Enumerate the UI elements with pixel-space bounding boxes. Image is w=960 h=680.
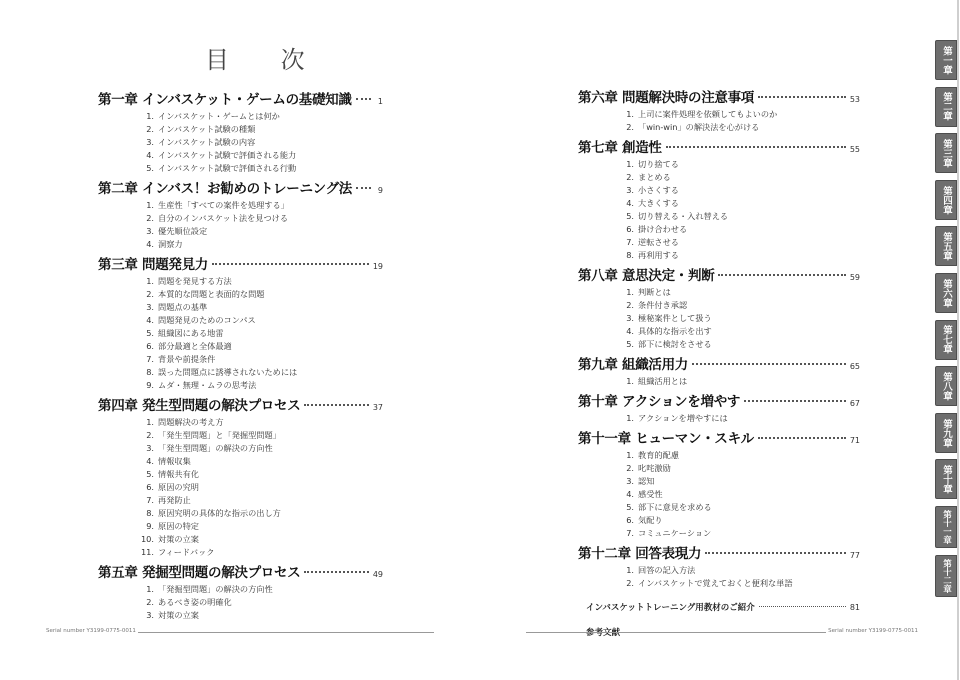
chapter-heading[interactable]: 第十一章 ヒューマン・スキル 71 bbox=[578, 429, 860, 449]
section-item[interactable]: 1.生産性「すべての案件を処理する」 bbox=[138, 199, 383, 212]
section-item[interactable]: 1.上司に案件処理を依頼してもよいのか bbox=[618, 108, 860, 121]
chapter-title: 第八章 意思決定・判断 bbox=[578, 266, 714, 286]
section-list: 1.「発掘型問題」の解決の方向性 2.あるべき姿の明確化 3.対策の立案 bbox=[98, 583, 383, 622]
section-item[interactable]: 2.自分のインバスケット法を見つける bbox=[138, 212, 383, 225]
chapter-4: 第四章 発生型問題の解決プロセス 37 1.問題解決の考え方 2.「発生型問題」… bbox=[98, 396, 383, 559]
section-list: 1.組織活用とは bbox=[578, 375, 860, 388]
page-number: 81 bbox=[850, 600, 860, 616]
left-page: 目 次 第一章 インバスケット・ゲームの基礎知識 1 1.インバスケット・ゲーム… bbox=[0, 0, 470, 680]
chapter-heading[interactable]: 第七章 創造性 55 bbox=[578, 138, 860, 158]
page-number: 37 bbox=[373, 398, 383, 418]
section-item[interactable]: 1.インバスケット・ゲームとは何か bbox=[138, 110, 383, 123]
section-item[interactable]: 8.誤った問題点に誘導されないためには bbox=[138, 366, 383, 379]
section-list: 1.上司に案件処理を依頼してもよいのか 2.「win-win」の解決法を心がける bbox=[578, 108, 860, 134]
dot-leader bbox=[666, 136, 846, 148]
section-item[interactable]: 2.「win-win」の解決法を心がける bbox=[618, 121, 860, 134]
chapter-heading[interactable]: 第八章 意思決定・判断 59 bbox=[578, 266, 860, 286]
section-item[interactable]: 2.インバスケット試験の種類 bbox=[138, 123, 383, 136]
section-item[interactable]: 5.組織図にある地雷 bbox=[138, 327, 383, 340]
toc-left: 第一章 インバスケット・ゲームの基礎知識 1 1.インバスケット・ゲームとは何か… bbox=[98, 90, 383, 626]
page-number: 1 bbox=[375, 92, 383, 112]
section-item[interactable]: 2.本質的な問題と表面的な問題 bbox=[138, 288, 383, 301]
tab-chapter-4[interactable]: 第四章 bbox=[935, 180, 957, 220]
dot-leader bbox=[759, 597, 846, 607]
chapter-heading[interactable]: 第四章 発生型問題の解決プロセス 37 bbox=[98, 396, 383, 416]
section-item[interactable]: 6.掛け合わせる bbox=[618, 223, 860, 236]
chapter-heading[interactable]: 第二章 インバス！お勧めのトレーニング法 9 bbox=[98, 179, 383, 199]
section-item[interactable]: 3.対策の立案 bbox=[138, 609, 383, 622]
section-item[interactable]: 6.部分最適と全体最適 bbox=[138, 340, 383, 353]
dot-leader bbox=[356, 88, 371, 100]
section-item[interactable]: 2.あるべき姿の明確化 bbox=[138, 596, 383, 609]
chapter-title: 第七章 創造性 bbox=[578, 138, 662, 158]
tab-chapter-10[interactable]: 第十章 bbox=[935, 459, 957, 499]
section-item[interactable]: 4.情報収集 bbox=[138, 455, 383, 468]
chapter-title: 第四章 発生型問題の解決プロセス bbox=[98, 396, 300, 416]
section-item[interactable]: 1.問題を発見する方法 bbox=[138, 275, 383, 288]
serial-number: Serial number Y3199-0775-0011 bbox=[828, 628, 918, 634]
section-item[interactable]: 7.再発防止 bbox=[138, 494, 383, 507]
section-item[interactable]: 1.「発掘型問題」の解決の方向性 bbox=[138, 583, 383, 596]
section-list: 1.生産性「すべての案件を処理する」 2.自分のインバスケット法を見つける 3.… bbox=[98, 199, 383, 251]
section-item[interactable]: 9.ムダ・無理・ムラの思考法 bbox=[138, 379, 383, 392]
chapter-tabs: 第一章 第二章 第三章 第四章 第五章 第六章 第七章 第八章 第九章 第十章 … bbox=[935, 40, 957, 603]
section-item[interactable]: 3.問題点の基準 bbox=[138, 301, 383, 314]
tab-chapter-7[interactable]: 第七章 bbox=[935, 320, 957, 360]
section-item[interactable]: 2.まとめる bbox=[618, 171, 860, 184]
section-item[interactable]: 5.部下に意見を求める bbox=[618, 501, 860, 514]
chapter-title: 第五章 発掘型問題の解決プロセス bbox=[98, 563, 300, 583]
page-number: 9 bbox=[375, 181, 383, 201]
page-number: 55 bbox=[850, 140, 860, 160]
section-item[interactable]: 1.回答の記入方法 bbox=[618, 564, 860, 577]
chapter-title: 第十二章 回答表現力 bbox=[578, 544, 701, 564]
section-item[interactable]: 8.再利用する bbox=[618, 249, 860, 262]
section-item[interactable]: 2.叱咤激励 bbox=[618, 462, 860, 475]
materials-intro-entry[interactable]: インバスケットトレーニング用教材のご紹介 81 bbox=[578, 600, 860, 616]
section-item[interactable]: 4.洞察力 bbox=[138, 238, 383, 251]
section-item[interactable]: 6.原因の究明 bbox=[138, 481, 383, 494]
chapter-title: 第六章 問題解決時の注意事項 bbox=[578, 88, 754, 108]
materials-intro-title: インバスケットトレーニング用教材のご紹介 bbox=[586, 600, 755, 616]
section-item[interactable]: 9.原因の特定 bbox=[138, 520, 383, 533]
dot-leader bbox=[758, 427, 846, 439]
chapter-7: 第七章 創造性 55 1.切り捨てる 2.まとめる 3.小さくする 4.大きくす… bbox=[578, 138, 860, 262]
section-item[interactable]: 3.極秘案件として扱う bbox=[618, 312, 860, 325]
dot-leader bbox=[705, 542, 846, 554]
section-item[interactable]: 2.条件付き承認 bbox=[618, 299, 860, 312]
chapter-heading[interactable]: 第六章 問題解決時の注意事項 53 bbox=[578, 88, 860, 108]
tab-chapter-5[interactable]: 第五章 bbox=[935, 226, 957, 266]
page-number: 49 bbox=[373, 565, 383, 585]
section-item[interactable]: 3.インバスケット試験の内容 bbox=[138, 136, 383, 149]
section-item[interactable]: 5.情報共有化 bbox=[138, 468, 383, 481]
tab-chapter-12[interactable]: 第十二章 bbox=[935, 555, 957, 597]
section-list: 1.切り捨てる 2.まとめる 3.小さくする 4.大きくする 5.切り替える・入… bbox=[578, 158, 860, 262]
section-list: 1.アクションを増やすには bbox=[578, 412, 860, 425]
serial-number: Serial number Y3199-0775-0011 bbox=[46, 628, 136, 634]
section-list: 1.問題を発見する方法 2.本質的な問題と表面的な問題 3.問題点の基準 4.問… bbox=[98, 275, 383, 392]
chapter-heading[interactable]: 第十二章 回答表現力 77 bbox=[578, 544, 860, 564]
chapter-1: 第一章 インバスケット・ゲームの基礎知識 1 1.インバスケット・ゲームとは何か… bbox=[98, 90, 383, 175]
tab-chapter-2[interactable]: 第二章 bbox=[935, 87, 957, 127]
chapter-title: 第三章 問題発見力 bbox=[98, 255, 208, 275]
chapter-12: 第十二章 回答表現力 77 1.回答の記入方法 2.インバスケットで覚えておくと… bbox=[578, 544, 860, 590]
toc-right: 第六章 問題解決時の注意事項 53 1.上司に案件処理を依頼してもよいのか 2.… bbox=[578, 88, 860, 640]
section-list: 1.判断とは 2.条件付き承認 3.極秘案件として扱う 4.具体的な指示を出す … bbox=[578, 286, 860, 351]
section-item[interactable]: 2.「発生型問題」と「発掘型問題」 bbox=[138, 429, 383, 442]
section-item[interactable]: 1.問題解決の考え方 bbox=[138, 416, 383, 429]
tab-chapter-6[interactable]: 第六章 bbox=[935, 273, 957, 313]
chapter-11: 第十一章 ヒューマン・スキル 71 1.教育的配慮 2.叱咤激励 3.認知 4.… bbox=[578, 429, 860, 540]
dot-leader bbox=[692, 353, 846, 365]
section-item[interactable]: 4.インバスケット試験で評価される能力 bbox=[138, 149, 383, 162]
section-item[interactable]: 5.切り替える・入れ替える bbox=[618, 210, 860, 223]
section-item[interactable]: 1.教育的配慮 bbox=[618, 449, 860, 462]
chapter-heading[interactable]: 第九章 組織活用力 65 bbox=[578, 355, 860, 375]
section-item[interactable]: 7.逆転させる bbox=[618, 236, 860, 249]
section-item[interactable]: 1.切り捨てる bbox=[618, 158, 860, 171]
section-item[interactable]: 4.具体的な指示を出す bbox=[618, 325, 860, 338]
section-list: 1.回答の記入方法 2.インバスケットで覚えておくと便利な単語 bbox=[578, 564, 860, 590]
section-item[interactable]: 3.「発生型問題」の解決の方向性 bbox=[138, 442, 383, 455]
section-list: 1.インバスケット・ゲームとは何か 2.インバスケット試験の種類 3.インバスケ… bbox=[98, 110, 383, 175]
section-item[interactable]: 3.優先順位設定 bbox=[138, 225, 383, 238]
dot-leader bbox=[304, 561, 368, 573]
tab-chapter-1[interactable]: 第一章 bbox=[935, 40, 957, 80]
chapter-2: 第二章 インバス！お勧めのトレーニング法 9 1.生産性「すべての案件を処理する… bbox=[98, 179, 383, 251]
section-item[interactable]: 3.認知 bbox=[618, 475, 860, 488]
tab-chapter-8[interactable]: 第八章 bbox=[935, 366, 957, 406]
section-list: 1.問題解決の考え方 2.「発生型問題」と「発掘型問題」 3.「発生型問題」の解… bbox=[98, 416, 383, 559]
section-item[interactable]: 7.コミュニケーション bbox=[618, 527, 860, 540]
dot-leader bbox=[718, 264, 845, 276]
section-item[interactable]: 4.感受性 bbox=[618, 488, 860, 501]
dot-leader bbox=[758, 86, 846, 98]
chapter-title: 第一章 インバスケット・ゲームの基礎知識 bbox=[98, 90, 352, 110]
section-item[interactable]: 1.判断とは bbox=[618, 286, 860, 299]
page-number: 67 bbox=[850, 394, 860, 414]
tab-chapter-11[interactable]: 第十一章 bbox=[935, 506, 957, 548]
chapter-title: 第十一章 ヒューマン・スキル bbox=[578, 429, 754, 449]
chapter-5: 第五章 発掘型問題の解決プロセス 49 1.「発掘型問題」の解決の方向性 2.あ… bbox=[98, 563, 383, 622]
page-number: 65 bbox=[850, 357, 860, 377]
tab-chapter-9[interactable]: 第九章 bbox=[935, 413, 957, 453]
page-number: 53 bbox=[850, 90, 860, 110]
page-edge-rule bbox=[957, 0, 959, 680]
chapter-9: 第九章 組織活用力 65 1.組織活用とは bbox=[578, 355, 860, 388]
chapter-heading[interactable]: 第一章 インバスケット・ゲームの基礎知識 1 bbox=[98, 90, 383, 110]
footer-rule bbox=[526, 632, 826, 633]
chapter-3: 第三章 問題発見力 19 1.問題を発見する方法 2.本質的な問題と表面的な問題… bbox=[98, 255, 383, 392]
section-item[interactable]: 1.アクションを増やすには bbox=[618, 412, 860, 425]
section-item[interactable]: 4.問題発見のためのコンパス bbox=[138, 314, 383, 327]
chapter-8: 第八章 意思決定・判断 59 1.判断とは 2.条件付き承認 3.極秘案件として… bbox=[578, 266, 860, 351]
section-item[interactable]: 2.インバスケットで覚えておくと便利な単語 bbox=[618, 577, 860, 590]
dot-leader bbox=[744, 390, 846, 402]
chapter-heading[interactable]: 第十章 アクションを増やす 67 bbox=[578, 392, 860, 412]
section-item[interactable]: 5.部下に検討をさせる bbox=[618, 338, 860, 351]
dot-leader bbox=[304, 394, 368, 406]
chapter-10: 第十章 アクションを増やす 67 1.アクションを増やすには bbox=[578, 392, 860, 425]
section-item[interactable]: 8.原因究明の具体的な指示の出し方 bbox=[138, 507, 383, 520]
page-title: 目 次 bbox=[205, 40, 327, 75]
footer-rule bbox=[138, 632, 434, 633]
chapter-6: 第六章 問題解決時の注意事項 53 1.上司に案件処理を依頼してもよいのか 2.… bbox=[578, 88, 860, 134]
footer: Serial number Y3199-0775-0011 bbox=[524, 628, 918, 634]
section-item[interactable]: 1.組織活用とは bbox=[618, 375, 860, 388]
section-item[interactable]: 4.大きくする bbox=[618, 197, 860, 210]
page-number: 77 bbox=[850, 546, 860, 566]
dot-leader bbox=[212, 253, 369, 265]
page-number: 71 bbox=[850, 431, 860, 451]
section-item[interactable]: 3.小さくする bbox=[618, 184, 860, 197]
page-number: 19 bbox=[373, 257, 383, 277]
tab-chapter-3[interactable]: 第三章 bbox=[935, 133, 957, 173]
section-item[interactable]: 11.フィードバック bbox=[138, 546, 383, 559]
chapter-heading[interactable]: 第三章 問題発見力 19 bbox=[98, 255, 383, 275]
section-item[interactable]: 6.気配り bbox=[618, 514, 860, 527]
section-item[interactable]: 10.対策の立案 bbox=[138, 533, 383, 546]
dot-leader bbox=[356, 177, 371, 189]
chapter-title: 第九章 組織活用力 bbox=[578, 355, 688, 375]
chapter-title: 第十章 アクションを増やす bbox=[578, 392, 740, 412]
chapter-heading[interactable]: 第五章 発掘型問題の解決プロセス 49 bbox=[98, 563, 383, 583]
footer: Serial number Y3199-0775-0011 bbox=[46, 628, 436, 634]
section-list: 1.教育的配慮 2.叱咤激励 3.認知 4.感受性 5.部下に意見を求める 6.… bbox=[578, 449, 860, 540]
page-number: 59 bbox=[850, 268, 860, 288]
section-item[interactable]: 7.背景や前提条件 bbox=[138, 353, 383, 366]
chapter-title: 第二章 インバス！お勧めのトレーニング法 bbox=[98, 179, 352, 199]
section-item[interactable]: 5.インバスケット試験で評価される行動 bbox=[138, 162, 383, 175]
